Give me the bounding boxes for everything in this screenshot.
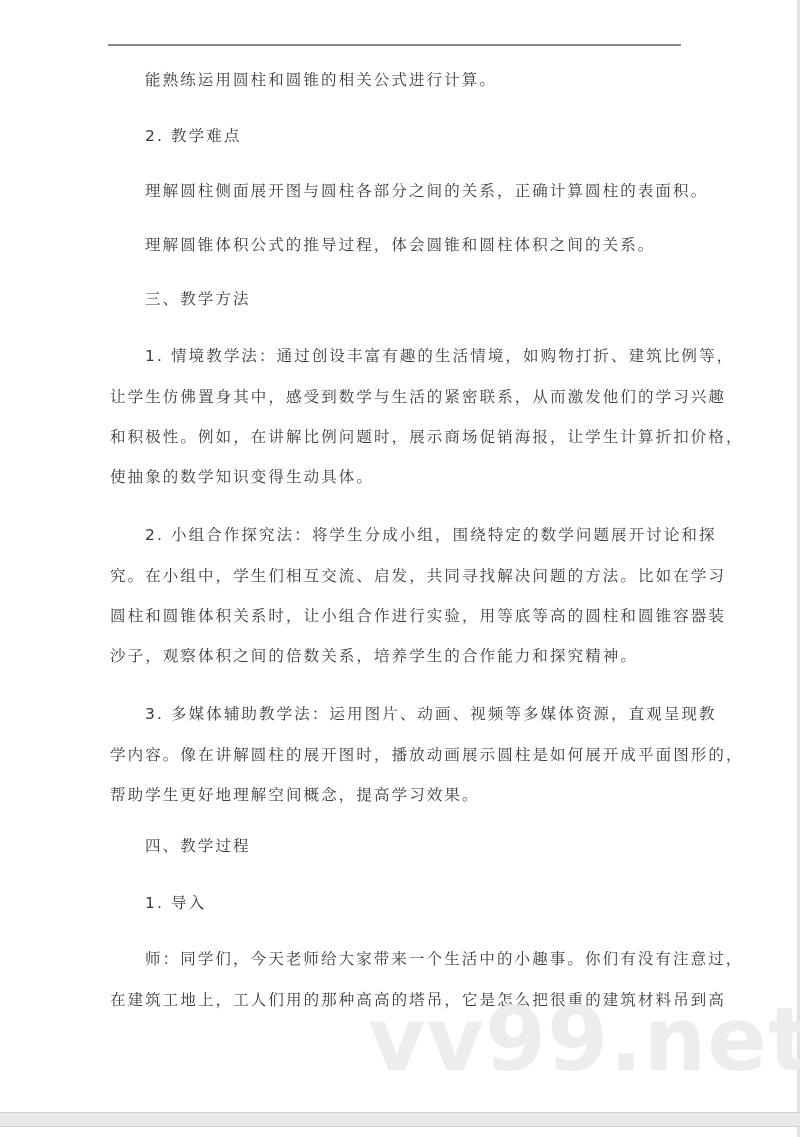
text-line: 和积极性。例如，在讲解比例问题时，展示商场促销海报，让学生计算折扣价格， — [110, 427, 682, 447]
header-rule — [108, 44, 681, 46]
text-line: 2. 教学难点 — [145, 126, 682, 146]
text-line: 3. 多媒体辅助教学法：运用图片、动画、视频等多媒体资源，直观呈现教 — [145, 704, 682, 724]
text-line: 三、教学方法 — [145, 289, 682, 309]
text-line: 1. 导入 — [145, 893, 682, 913]
text-line: 帮助学生更好地理解空间概念，提高学习效果。 — [110, 785, 682, 805]
text-line: 学内容。像在讲解圆柱的展开图时，播放动画展示圆柱是如何展开成平面图形的， — [110, 745, 682, 765]
text-line: 能熟练运用圆柱和圆锥的相关公式进行计算。 — [145, 70, 682, 90]
text-line: 沙子，观察体积之间的倍数关系，培养学生的合作能力和探究精神。 — [110, 646, 682, 666]
text-line: 理解圆柱侧面展开图与圆柱各部分之间的关系，正确计算圆柱的表面积。 — [145, 181, 682, 201]
text-line: 使抽象的数学知识变得生动具体。 — [110, 467, 682, 487]
text-line: 2. 小组合作探究法：将学生分成小组，围绕特定的数学问题展开讨论和探 — [145, 525, 682, 545]
text-line: 四、教学过程 — [145, 836, 682, 856]
watermark: vv99.net — [368, 995, 800, 1085]
text-line: 1. 情境教学法：通过创设丰富有趣的生活情境，如购物打折、建筑比例等， — [145, 346, 682, 366]
text-line: 让学生仿佛置身其中，感受到数学与生活的紧密联系，从而激发他们的学习兴趣 — [110, 387, 682, 407]
text-line: 究。在小组中，学生们相互交流、启发，共同寻找解决问题的方法。比如在学习 — [110, 566, 682, 586]
text-line: 师：同学们，今天老师给大家带来一个生活中的小趣事。你们有没有注意过， — [145, 949, 682, 969]
page-separator — [0, 1112, 800, 1127]
text-line: 圆柱和圆锥体积关系时，让小组合作进行实验，用等底等高的圆柱和圆锥容器装 — [110, 606, 682, 626]
document-page: 能熟练运用圆柱和圆锥的相关公式进行计算。2. 教学难点理解圆柱侧面展开图与圆柱各… — [0, 0, 800, 1112]
text-line: 理解圆锥体积公式的推导过程，体会圆锥和圆柱体积之间的关系。 — [145, 235, 682, 255]
next-page — [0, 1127, 800, 1137]
